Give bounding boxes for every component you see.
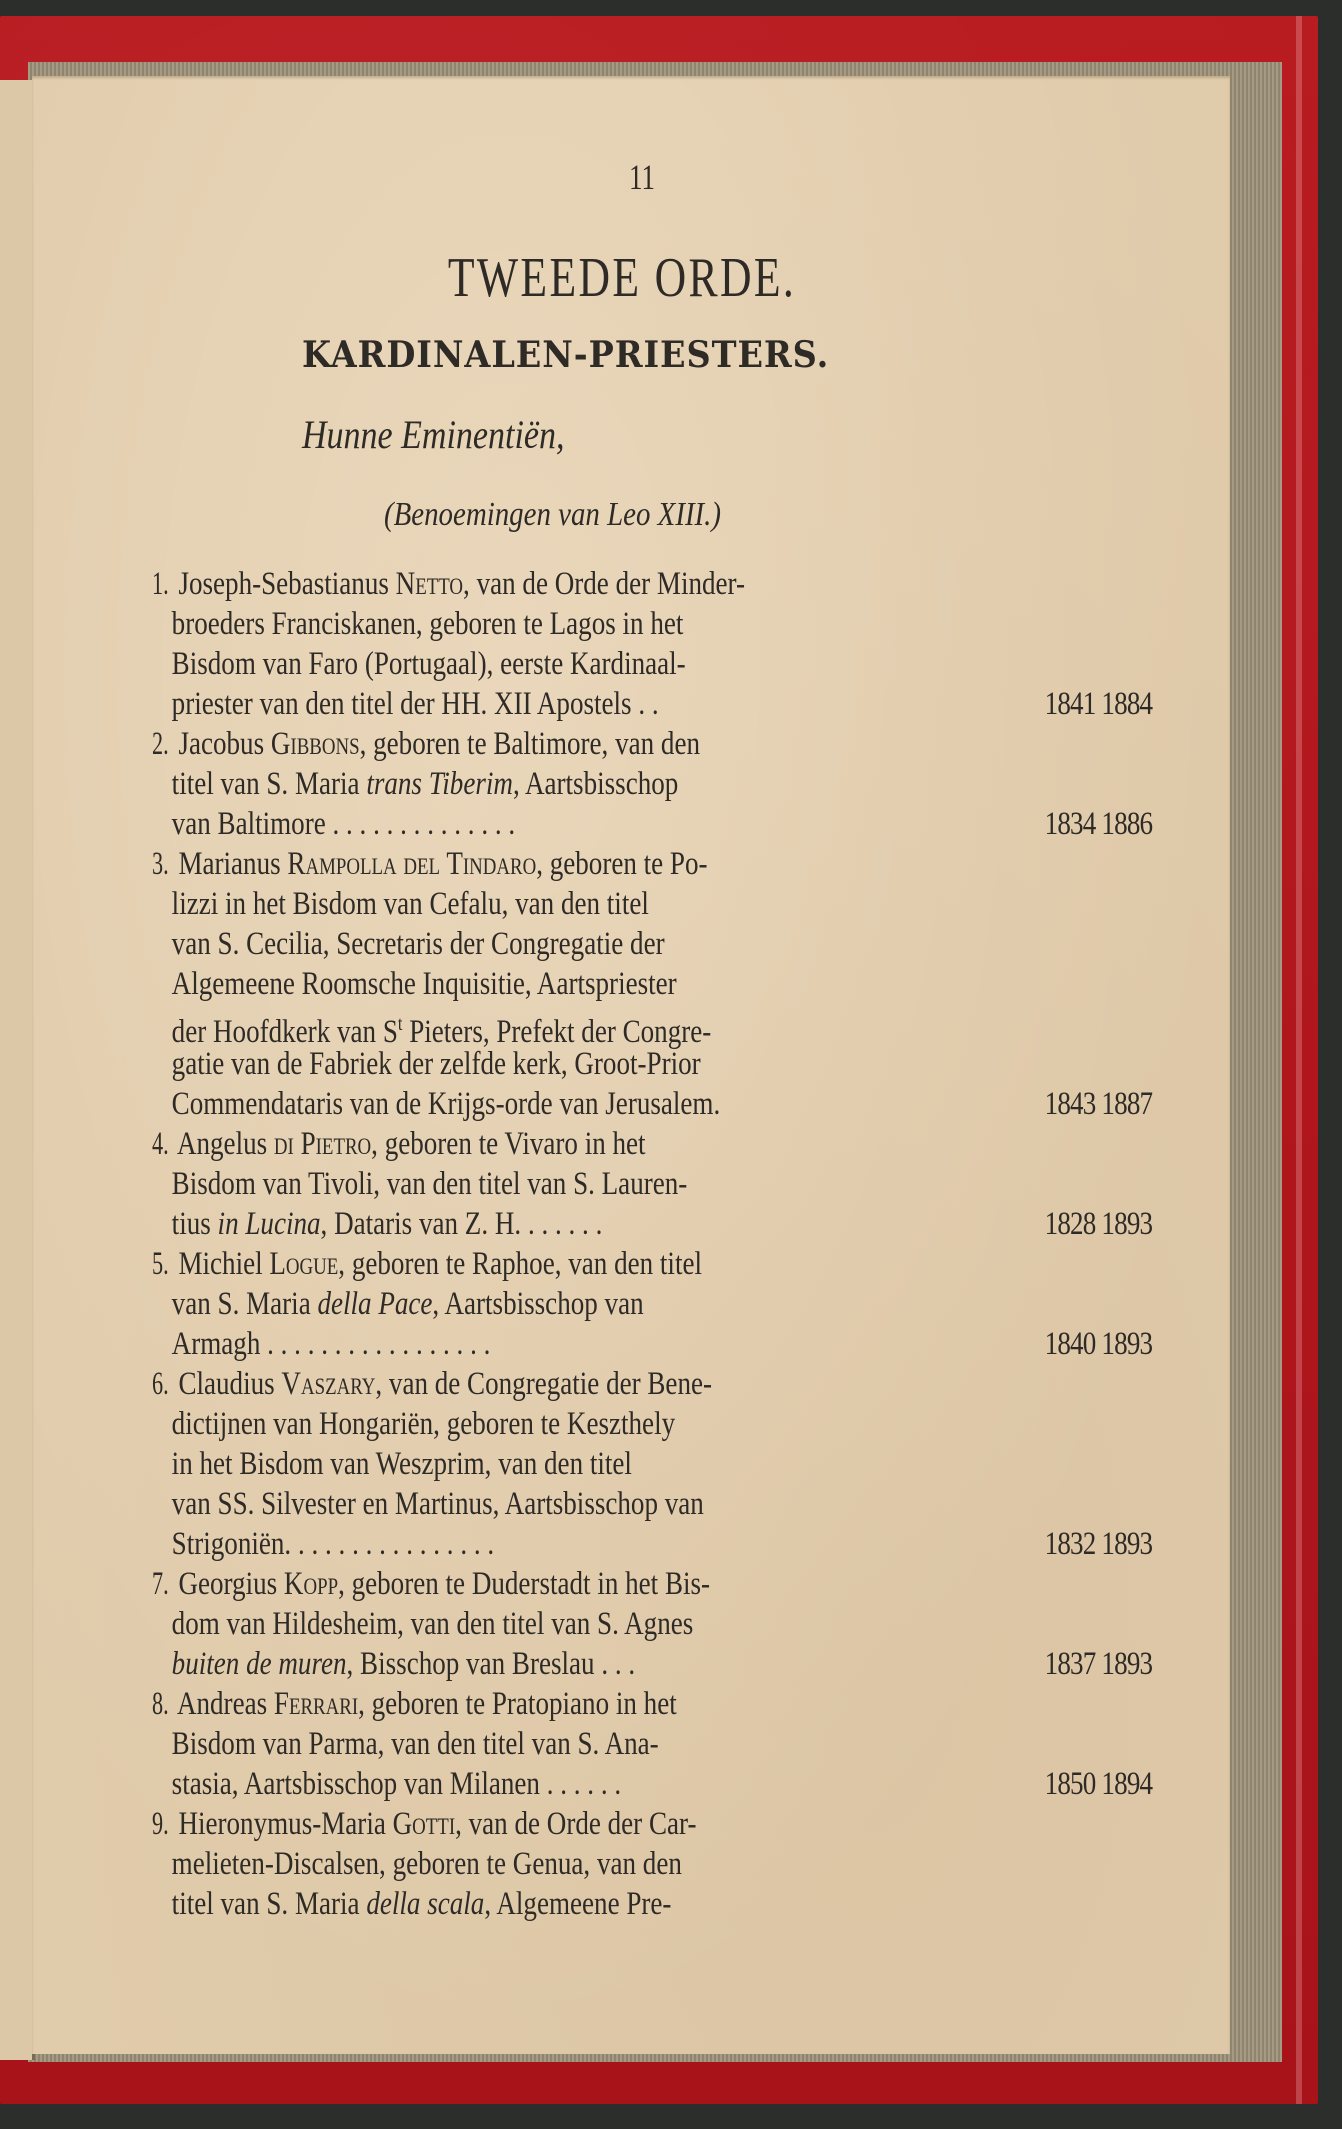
entry-text: stasia, Aartsbisschop van Milanen . . . …: [172, 1766, 621, 1802]
subtitle: (Benoemingen van Leo XIII.): [384, 496, 721, 534]
entry-text: Claudius: [178, 1366, 281, 1402]
entry-text: Marianus: [178, 846, 287, 882]
entry-text: titel van S. Maria: [172, 766, 367, 802]
entry-text: Bisdom van Faro (Portugaal), eerste Kard…: [172, 646, 686, 682]
appointed-year: 1893: [1101, 1206, 1152, 1242]
born-year: 1843: [1044, 1086, 1095, 1122]
entry-text: , van de Orde der Car-: [455, 1806, 696, 1842]
italic-text: buiten de muren: [172, 1646, 347, 1682]
appointed-year: 1893: [1101, 1646, 1152, 1682]
entry-years: 1837 1893: [1044, 1644, 1152, 1684]
entry-text: , geboren te Duderstadt in het Bis-: [338, 1566, 710, 1602]
entry-text: Bisdom van Tivoli, van den titel van S. …: [172, 1166, 688, 1202]
entry-text: van Baltimore . . . . . . . . . . . . . …: [172, 806, 515, 842]
entry-text: van S. Maria: [172, 1286, 318, 1322]
appointed-year: 1886: [1101, 806, 1152, 842]
entry-text: Jacobus: [178, 726, 270, 762]
surname: Netto: [396, 566, 463, 602]
cardinal-entry: 2. Jacobus Gibbons, geboren te Baltimore…: [152, 724, 1152, 844]
appointed-year: 1884: [1101, 686, 1152, 722]
entry-text: , Aartsbisschop: [513, 766, 678, 802]
entry-text: , Algemeene Pre-: [484, 1886, 671, 1922]
surname: Ferrari: [274, 1686, 358, 1722]
entry-text: in het Bisdom van Weszprim, van den tite…: [172, 1446, 632, 1482]
appointed-year: 1887: [1101, 1086, 1152, 1122]
cardinal-entry: 7. Georgius Kopp, geboren te Duderstadt …: [152, 1564, 1152, 1684]
cover-edge: [1296, 16, 1302, 2104]
entry-number: 3.: [152, 844, 168, 884]
entry-text: Andreas: [177, 1686, 274, 1722]
born-year: 1834: [1044, 806, 1095, 842]
entry-text: tius: [172, 1206, 218, 1242]
entry-text: titel van S. Maria: [172, 1886, 367, 1922]
salutation: Hunne Eminentiën,: [302, 411, 564, 458]
entry-text: Michiel: [178, 1246, 269, 1282]
book-page: 11 TWEEDE ORDE. KARDINALEN-PRIESTERS. Hu…: [32, 76, 1230, 2054]
entry-text: van S. Cecilia, Secretaris der Congregat…: [172, 926, 665, 962]
surname: Kopp: [284, 1566, 338, 1602]
surname: di Pietro: [274, 1126, 371, 1162]
entry-text: , Dataris van Z. H. . . . . . .: [321, 1206, 603, 1242]
entry-text: Hieronymus-Maria: [178, 1806, 392, 1842]
born-year: 1850: [1044, 1766, 1095, 1802]
cardinal-entry: 5. Michiel Logue, geboren te Raphoe, van…: [152, 1244, 1152, 1364]
surname: Logue: [269, 1246, 338, 1282]
entry-text: , geboren te Vivaro in het: [371, 1126, 645, 1162]
entry-text: Armagh . . . . . . . . . . . . . . . . .: [172, 1326, 491, 1362]
entry-years: 1828 1893: [1044, 1204, 1152, 1244]
italic-text: in Lucina: [218, 1206, 321, 1242]
entry-number: 5.: [152, 1244, 168, 1284]
entry-text: , Bisschop van Breslau . . .: [347, 1646, 636, 1682]
entry-text: , geboren te Baltimore, van den: [360, 726, 700, 762]
entry-number: 2.: [152, 724, 168, 764]
entry-text: , geboren te Po-: [536, 846, 707, 882]
appointed-year: 1893: [1101, 1526, 1152, 1562]
entry-years: 1841 1884: [1044, 684, 1152, 724]
entry-number: 4.: [152, 1124, 168, 1164]
entry-text: priester van den titel der HH. XII Apost…: [172, 686, 659, 722]
italic-text: della Pace: [317, 1286, 432, 1322]
entry-number: 1.: [152, 564, 168, 604]
surname: Gibbons: [271, 726, 360, 762]
previous-page-edge: [0, 80, 35, 2060]
entry-number: 7.: [152, 1564, 168, 1604]
italic-text: trans Tiberim: [366, 766, 513, 802]
entry-text: broeders Franciskanen, geboren te Lagos …: [172, 606, 684, 642]
entry-text: Georgius: [178, 1566, 283, 1602]
born-year: 1837: [1044, 1646, 1095, 1682]
entry-text: dom van Hildesheim, van den titel van S.…: [172, 1606, 694, 1642]
entry-text: Joseph-Sebastianus: [178, 566, 395, 602]
appointed-year: 1894: [1101, 1766, 1152, 1802]
born-year: 1828: [1044, 1206, 1095, 1242]
entry-years: 1832 1893: [1044, 1524, 1152, 1564]
entry-text: , geboren te Raphoe, van den titel: [338, 1246, 702, 1282]
cardinal-entry: 3. Marianus Rampolla del Tindaro, gebore…: [152, 844, 1152, 1124]
born-year: 1832: [1044, 1526, 1095, 1562]
cardinal-entry: 6. Claudius Vaszary, van de Congregatie …: [152, 1364, 1152, 1564]
italic-text: della scala: [366, 1886, 484, 1922]
entry-years: 1843 1887: [1044, 1084, 1152, 1124]
entry-text: , geboren te Pratopiano in het: [358, 1686, 677, 1722]
born-year: 1841: [1044, 686, 1095, 722]
entry-text: van SS. Silvester en Martinus, Aartsbiss…: [172, 1486, 704, 1522]
entry-text: Angelus: [177, 1126, 274, 1162]
entry-number: 8.: [152, 1684, 168, 1724]
entry-text: Strigoniën. . . . . . . . . . . . . . . …: [172, 1526, 494, 1562]
surname: Vaszary: [281, 1366, 375, 1402]
entry-text: melieten-Discalsen, geboren te Genua, va…: [172, 1846, 682, 1882]
surname: Rampolla del Tindaro: [287, 846, 536, 882]
page-number: 11: [275, 156, 1010, 198]
entry-text: gatie van de Fabriek der zelfde kerk, Gr…: [172, 1046, 701, 1082]
born-year: 1840: [1044, 1326, 1095, 1362]
section-title: KARDINALEN-PRIESTERS.: [302, 334, 829, 376]
surname: Gotti: [393, 1806, 455, 1842]
entry-number: 9.: [152, 1804, 168, 1844]
entry-text: , Aartsbisschop van: [432, 1286, 643, 1322]
entry-years: 1840 1893: [1044, 1324, 1152, 1364]
entry-text: , van de Congregatie der Bene-: [375, 1366, 712, 1402]
appointed-year: 1893: [1101, 1326, 1152, 1362]
entry-text: lizzi in het Bisdom van Cefalu, van den …: [172, 886, 649, 922]
cardinal-entry: 8. Andreas Ferrari, geboren te Pratopian…: [152, 1684, 1152, 1804]
entry-years: 1850 1894: [1044, 1764, 1152, 1804]
entry-text: Bisdom van Parma, van den titel van S. A…: [172, 1726, 659, 1762]
entry-text: Algemeene Roomsche Inquisitie, Aartsprie…: [172, 966, 677, 1002]
entry-text: dictijnen van Hongariën, geboren te Kesz…: [172, 1406, 675, 1442]
cardinal-entry: 1. Joseph-Sebastianus Netto, van de Orde…: [152, 564, 1152, 724]
order-title: TWEEDE ORDE.: [255, 246, 988, 310]
scan-background: 11 TWEEDE ORDE. KARDINALEN-PRIESTERS. Hu…: [0, 0, 1342, 2129]
cardinal-entry: 9. Hieronymus-Maria Gotti, van de Orde d…: [152, 1804, 1152, 1924]
entry-years: 1834 1886: [1044, 804, 1152, 844]
cardinal-entry: 4. Angelus di Pietro, geboren te Vivaro …: [152, 1124, 1152, 1244]
entry-number: 6.: [152, 1364, 168, 1404]
entry-text: Commendataris van de Krijgs-orde van Jer…: [172, 1086, 721, 1122]
cardinal-list: 1. Joseph-Sebastianus Netto, van de Orde…: [152, 564, 1152, 1924]
entry-text: , van de Orde der Minder-: [463, 566, 745, 602]
